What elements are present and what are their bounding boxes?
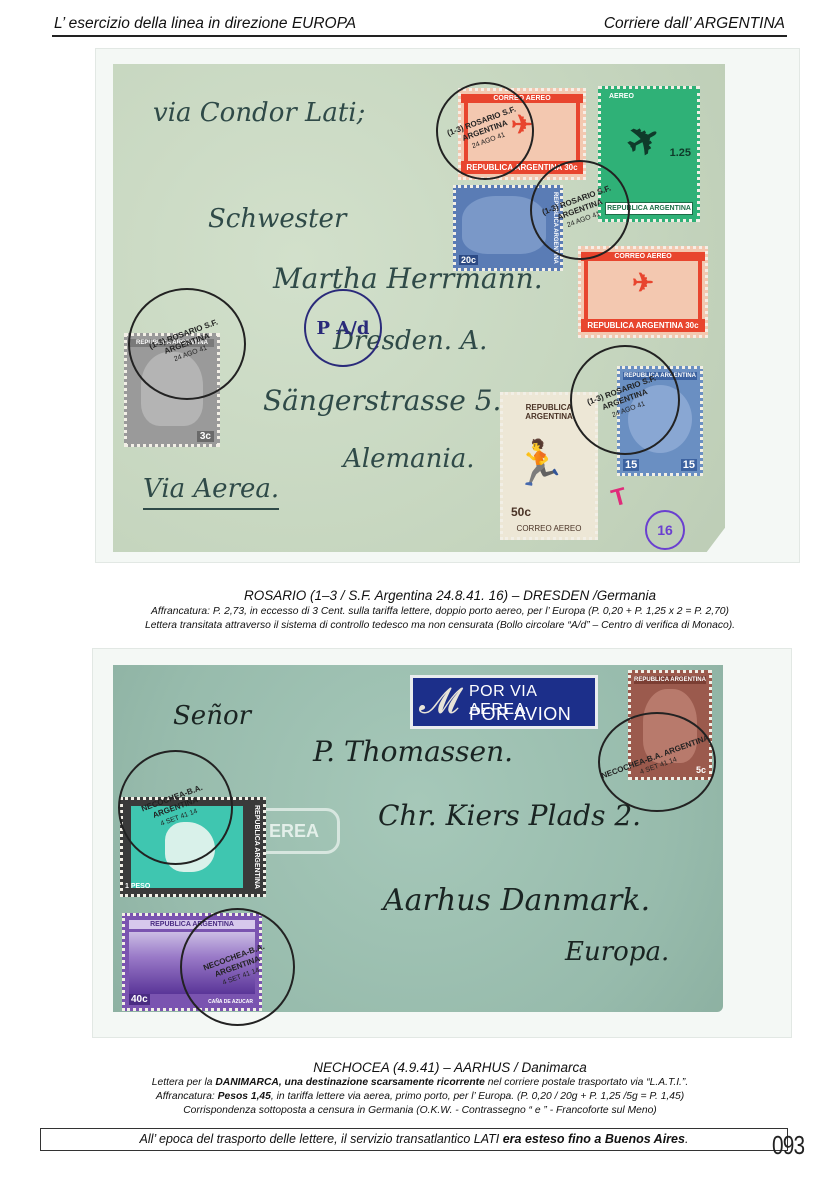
stamp-bottom-label: CORREO AEREO bbox=[503, 524, 595, 533]
handwriting-region: Europa. bbox=[565, 937, 669, 967]
stamp-label: REPUBLICA ARGENTINA bbox=[634, 676, 706, 684]
handwriting-country: Alemania. bbox=[343, 444, 474, 474]
cover2-caption-title: NECHOCEA (4.9.41) – AARHUS / Danimarca bbox=[100, 1060, 800, 1075]
postmark-rosario-2: (1-3) ROSARIO S.F. ARGENTINA24 AGO 41 bbox=[530, 160, 630, 260]
cover1-caption-title: ROSARIO (1–3 / S.F. Argentina 24.8.41. 1… bbox=[100, 588, 800, 603]
airmail-label-line2: POR AVION bbox=[469, 704, 571, 725]
header-right-title: Corriere dall’ ARGENTINA bbox=[604, 15, 785, 33]
handwriting-street: Sängerstrasse 5. bbox=[263, 384, 501, 417]
cover2-caption-line2: Affrancatura: Pesos 1,45, in tariffa let… bbox=[40, 1091, 800, 1102]
postmark-necochea-2: NECOCHEA-B.A. ARGENTINA4 SET 41 14 bbox=[118, 750, 233, 865]
postmark-necochea-3: NECOCHEA-B.A. ARGENTINA4 SET 41 14 bbox=[180, 908, 295, 1026]
stamp-value: 1 PESO bbox=[125, 883, 150, 890]
page-header: L’ esercizio della linea in direzione EU… bbox=[52, 13, 787, 37]
handwriting-via: via Condor Lati; bbox=[153, 98, 365, 128]
stamp-value: 20c bbox=[459, 255, 478, 265]
stamp-bottom-label: REPUBLICA ARGENTINA 30c bbox=[581, 319, 705, 332]
stamp-label: AEREO bbox=[609, 93, 634, 100]
ghost-airmail-label: EREA bbox=[260, 808, 340, 854]
postmark-necochea-1: NECOCHEA-B.A. ARGENTINA4 SET 41 14 bbox=[598, 712, 716, 812]
postmark-rosario-3: (1-3) ROSARIO S.F. ARGENTINA24 AGO 41 bbox=[128, 288, 246, 400]
postmark-rosario-4: (1-3) ROSARIO S.F. ARGENTINA24 AGO 41 bbox=[570, 345, 680, 455]
mercury-figure-icon: 🏃 bbox=[512, 437, 567, 489]
airmail-label: 𝓜 POR VIA AEREA POR AVION bbox=[410, 675, 598, 729]
cover2-caption-line1: Lettera per la DANIMARCA, una destinazio… bbox=[40, 1077, 800, 1088]
page-number: 093 bbox=[772, 1130, 804, 1161]
stamp-value: 50c bbox=[511, 505, 531, 519]
number-16-mark: 16 bbox=[645, 510, 685, 550]
stamp-airmail-30c-bottom: CORREO AEREO ✈ REPUBLICA ARGENTINA 30c bbox=[578, 246, 708, 338]
cover2-caption-line3: Corrispondenza sottoposta a censura in G… bbox=[40, 1105, 800, 1116]
cover1-caption-line2: Lettera transitata attraverso il sistema… bbox=[60, 620, 820, 631]
handwriting-street: Chr. Kiers Plads 2. bbox=[378, 799, 641, 832]
stamp-value: 15 bbox=[681, 459, 697, 471]
bird-logo-icon: 𝓜 bbox=[419, 684, 459, 720]
postmark-rosario-1: (1-3) ROSARIO S.F. ARGENTINA24 AGO 41 bbox=[436, 82, 534, 180]
airplane-icon: ✈ bbox=[632, 268, 654, 299]
handwriting-name: P. Thomassen. bbox=[313, 735, 513, 768]
handwriting-addressee-title: Schwester bbox=[208, 204, 346, 234]
stamp-side-label: REPUBLICA ARGENTINA bbox=[248, 804, 260, 890]
handwriting-city: Aarhus Danmark. bbox=[383, 883, 650, 918]
footer-note: All’ epoca del trasporto delle lettere, … bbox=[40, 1128, 788, 1151]
censor-mark-ad: P A/d bbox=[304, 289, 382, 367]
cover1-caption-line1: Affrancatura: P. 2,73, in eccesso di 3 C… bbox=[60, 606, 820, 617]
airplane-icon: ✈ bbox=[618, 113, 670, 170]
header-left-title: L’ esercizio della linea in direzione EU… bbox=[54, 15, 356, 33]
stamp-value-left: 15 bbox=[623, 459, 639, 471]
stamp-value: 40c bbox=[129, 994, 150, 1005]
handwriting-salutation: Señor bbox=[173, 701, 251, 731]
handwriting-route: Via Aerea. bbox=[143, 474, 279, 510]
stamp-value: 3c bbox=[197, 431, 214, 442]
